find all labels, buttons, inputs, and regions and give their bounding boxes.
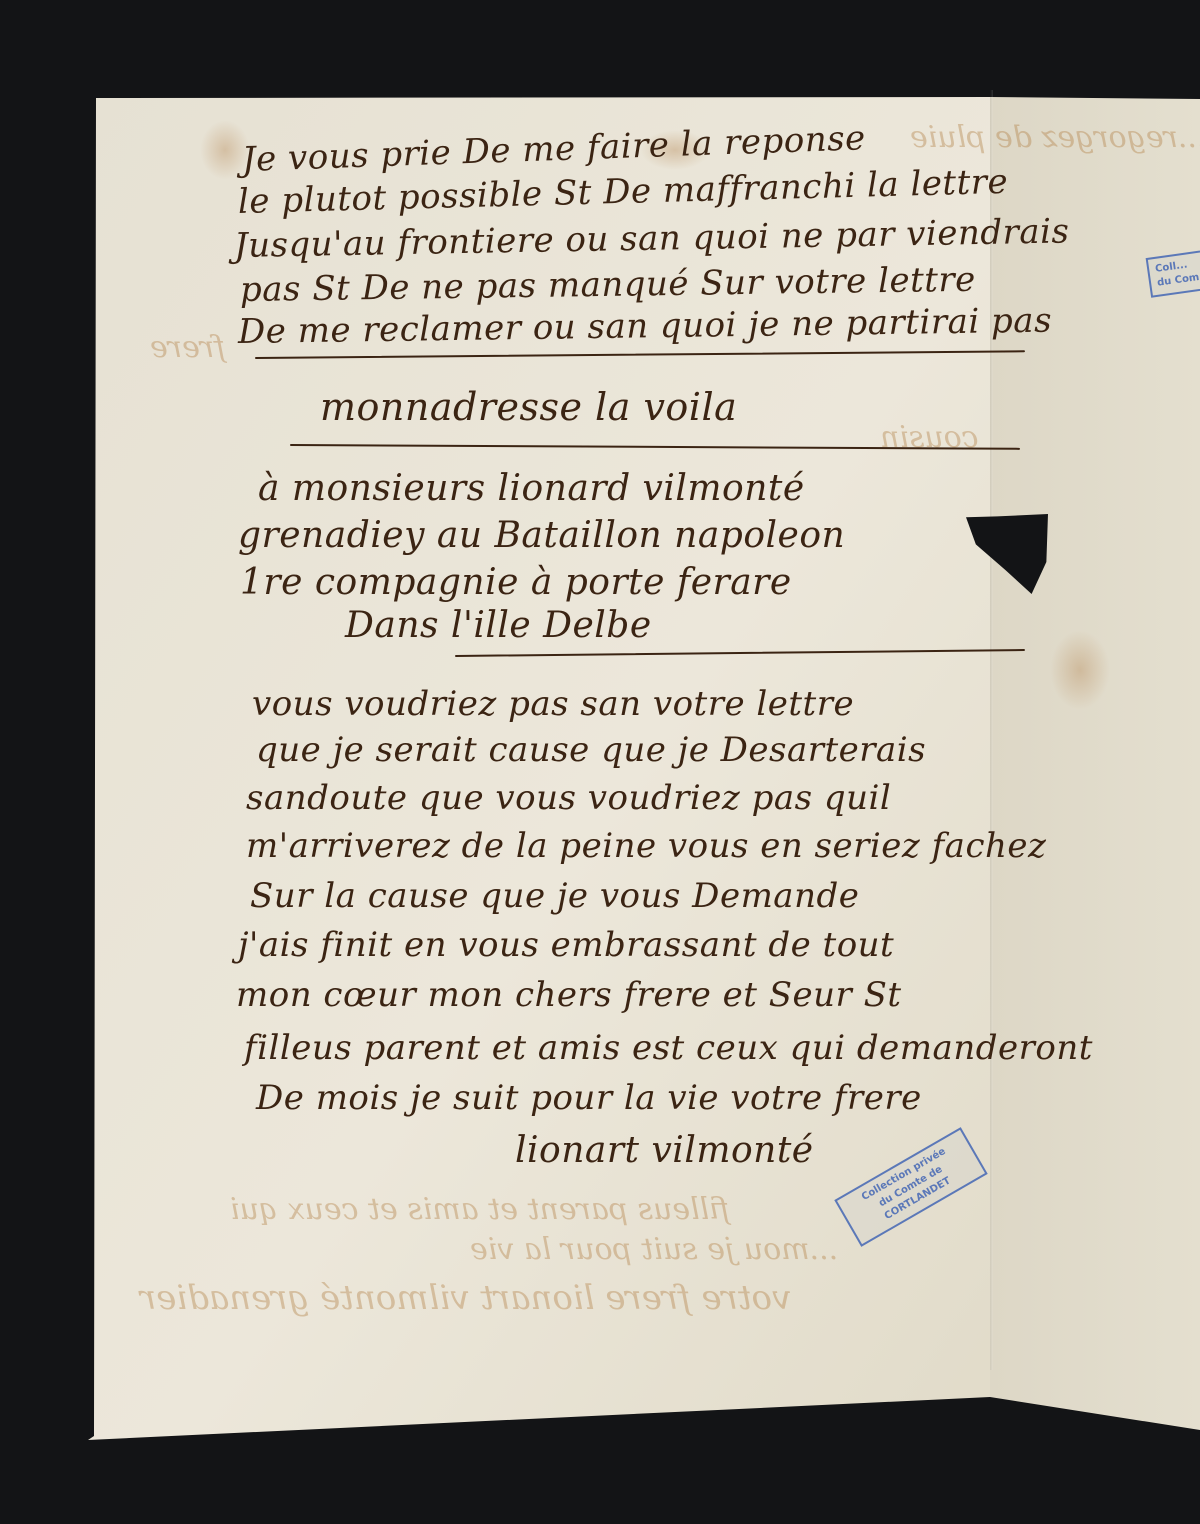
closing-line: mon cœur mon chers frere et Seur St [236, 975, 902, 1015]
address-underline [455, 649, 1025, 657]
address-line: Dans l'ille Delbe [345, 605, 652, 646]
page-fold [990, 90, 993, 1370]
closing-line: sandoute que vous voudriez pas quil [246, 778, 891, 818]
closing-line: vous voudriez pas san votre lettre [252, 684, 854, 724]
body-line: Jusqu'au frontiere ou san quoi ne par vi… [234, 211, 1070, 266]
closing-line: De mois je suit pour la vie votre frere [256, 1078, 922, 1118]
collection-stamp-partial: Coll... du Com... [1146, 246, 1200, 298]
bleed-line: cousin [880, 420, 979, 455]
closing-line: m'arriverez de la peine vous en seriez f… [246, 826, 1046, 866]
separator-line [255, 350, 1025, 359]
address-line: à monsieurs lionard vilmonté [258, 468, 805, 509]
bleed-line: votre frere lionart vilmonté grenadier [140, 1278, 791, 1318]
bleed-line: frere [150, 330, 225, 365]
ink-stain [1050, 630, 1110, 710]
bleed-line: ...mou je suit pour la vie [470, 1232, 838, 1267]
bleed-line: filleus parent et amis et ceux qui [230, 1192, 729, 1227]
closing-line: Sur la cause que je vous Demande [250, 876, 859, 916]
bleed-line: ...regorgez de pluie [910, 120, 1200, 155]
collection-stamp: Collection privée du Comte de CORTLANDET [834, 1127, 987, 1247]
closing-line: filleus parent et amis est ceux qui dema… [244, 1028, 1093, 1068]
signature: lionart vilmonté [515, 1130, 814, 1171]
address-line: 1re compagnie à porte ferare [240, 562, 792, 603]
address-line: grenadiey au Bataillon napoleon [238, 515, 845, 556]
body-line: De me reclamer ou san quoi je ne partira… [238, 301, 1053, 352]
torn-hole [966, 514, 1048, 594]
closing-line: j'ais finit en vous embrassant de tout [238, 925, 894, 965]
closing-line: que je serait cause que je Desarterais [256, 730, 926, 770]
address-heading: monnadresse la voila [320, 385, 737, 429]
